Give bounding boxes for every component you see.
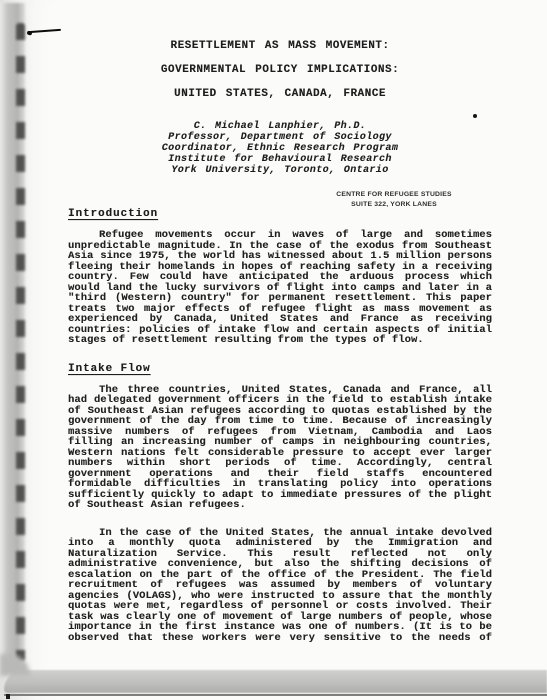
section: Intake FlowThe three countries, United S… [68,358,492,644]
text-line: recruitment of refugees was assumed by m… [68,580,492,591]
author-line: Coordinator, Ethnic Research Program [68,143,492,154]
author-line: Institute for Behavioural Research [68,154,492,165]
paragraph: The three countries, United States, Cana… [68,385,492,511]
page-edge-line [4,694,547,696]
document-title: RESETTLEMENT AS MASS MOVEMENT:GOVERNMENT… [68,34,492,106]
scanned-document-page: RESETTLEMENT AS MASS MOVEMENT:GOVERNMENT… [0,0,547,700]
author-line: C. Michael Lanphier, Ph.D. [68,121,492,132]
text-column: RESETTLEMENT AS MASS MOVEMENT:GOVERNMENT… [68,34,492,643]
text-line: quotas were met, regardless of personnel… [68,601,492,612]
text-line: Refugee movements occur in waves of larg… [68,230,492,241]
text-line: importance in the first instance was one… [68,622,492,633]
text-line: of Southeast Asian refugees. [68,500,492,511]
text-line: administrative convenience, but also the… [68,559,492,570]
text-line: numbers within short periods of time. Ac… [68,458,492,469]
stamp-line: CENTRE FOR REFUGEE STUDIES [304,190,484,200]
document-body: IntroductionRefugee movements occur in w… [68,203,492,643]
page-curl-shadow [4,670,547,693]
paragraph: In the case of the United States, the an… [68,528,492,644]
paragraph: Refugee movements occur in waves of larg… [68,230,492,346]
library-stamp: CENTRE FOR REFUGEE STUDIESSUITE 322, YOR… [304,190,484,209]
text-line: formidable difficulties in translating p… [68,479,492,490]
comb-binding-strip [0,3,26,669]
title-line: RESETTLEMENT AS MASS MOVEMENT: [68,34,492,58]
author-line: Professor, Department of Sociology [68,132,492,143]
text-line: stages of resettlement resulting from th… [68,335,492,346]
text-line: government of the day from time to time.… [68,416,492,427]
stamp-line: SUITE 322, YORK LANES [304,200,484,210]
section-heading: Introduction [68,208,158,221]
text-line: had delegated government officers in the… [68,395,492,406]
text-line: experienced by Canada, United States and… [68,314,492,325]
author-line: York University, Toronto, Ontario [68,165,492,176]
text-line: into a monthly quota administered by the… [68,538,492,549]
corner-tick-mark [6,694,10,699]
pen-mark [28,29,61,33]
title-line: UNITED STATES, CANADA, FRANCE [68,82,492,106]
section: IntroductionRefugee movements occur in w… [68,203,492,346]
binding-notches [16,23,25,661]
section-heading: Intake Flow [68,363,151,376]
text-line: filling an increasing number of camps in… [68,437,492,448]
text-line: country. Few could have anticipated the … [68,272,492,283]
title-line: GOVERNMENTAL POLICY IMPLICATIONS: [68,58,492,82]
text-line: Asia since 1975, the world has witnessed… [68,251,492,262]
text-line: observed that these workers were very se… [68,633,492,644]
author-block: C. Michael Lanphier, Ph.D.Professor, Dep… [68,121,492,176]
text-line: "third (Western) country" for permanent … [68,293,492,304]
